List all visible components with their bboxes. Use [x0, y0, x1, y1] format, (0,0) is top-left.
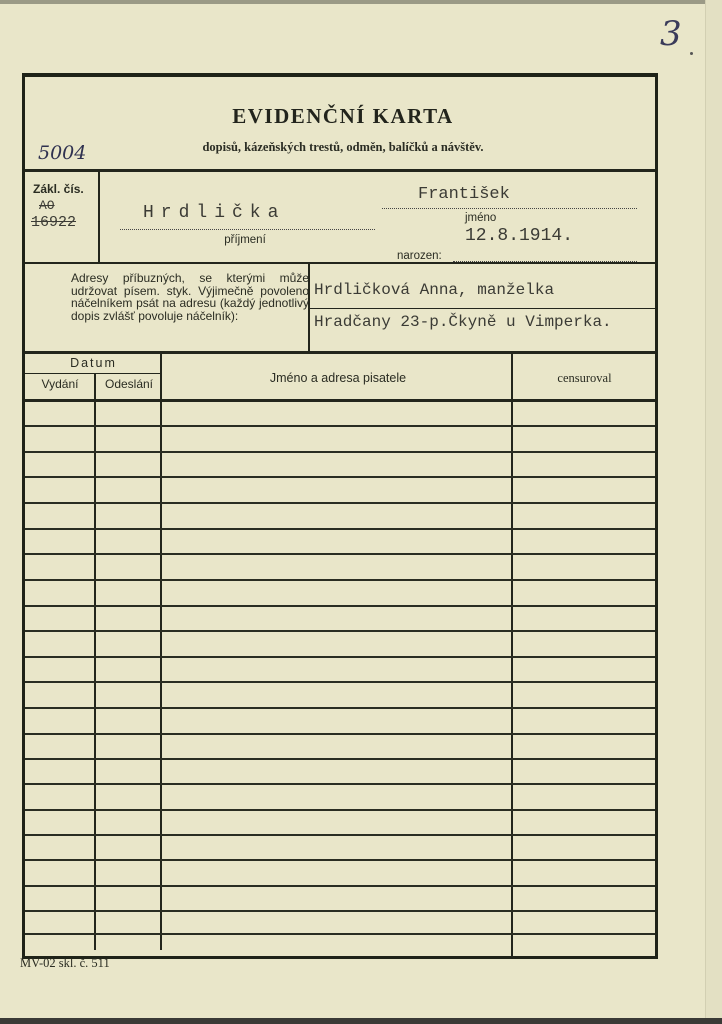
form-code-footer: MV-02 skl. č. 511 [20, 956, 110, 971]
surname-label: příjmení [185, 234, 305, 246]
table-row [25, 553, 655, 555]
relative-name: Hrdličková Anna, manželka [314, 281, 554, 299]
column-divider-3 [511, 353, 513, 957]
table-row [25, 933, 655, 935]
table-row [25, 758, 655, 760]
card-title: EVIDENČNÍ KARTA [25, 104, 661, 129]
relatives-line-separator [310, 308, 655, 309]
header-divider [25, 169, 655, 172]
page-number-dot [690, 52, 693, 55]
column-header-censored: censuroval [514, 371, 655, 386]
relative-address: Hradčany 23-p.Čkyně u Vimperka. [314, 313, 612, 331]
column-divider-1 [94, 374, 96, 950]
table-row [25, 733, 655, 735]
first-name-dotted-line [382, 208, 637, 209]
registration-label: Zákl. čís. [33, 182, 84, 196]
date-group-header: Datum [25, 356, 162, 370]
column-header-sent: Odeslání [96, 377, 162, 391]
name-section-divider [25, 262, 655, 264]
birth-date-value: 12.8.1914. [465, 226, 573, 246]
paper-right-margin [705, 0, 722, 1018]
table-header-divider [25, 399, 655, 402]
registration-prefix: AO [39, 198, 55, 213]
surname-dotted-line [120, 229, 375, 230]
table-row [25, 834, 655, 836]
scan-top-edge [0, 0, 722, 4]
table-row [25, 502, 655, 504]
table-row [25, 681, 655, 683]
relatives-section-divider [25, 351, 655, 354]
column-header-issued: Vydání [25, 377, 95, 391]
table-row [25, 656, 655, 658]
column-header-writer: Jméno a adresa pisatele [164, 371, 512, 385]
table-row [25, 910, 655, 912]
scan-bottom-edge [0, 1018, 722, 1024]
first-name-label: jméno [465, 212, 496, 224]
table-row [25, 476, 655, 478]
handwritten-number: 5004 [38, 142, 86, 164]
table-row [25, 579, 655, 581]
registration-divider [98, 171, 100, 262]
table-row [25, 605, 655, 607]
birth-label: narozen: [397, 250, 442, 262]
table-row [25, 630, 655, 632]
first-name-value: František [418, 185, 510, 204]
table-row [25, 885, 655, 887]
page-number: 3 [660, 14, 682, 54]
registration-number: 16922 [31, 214, 76, 231]
table-row [25, 425, 655, 427]
table-row [25, 859, 655, 861]
evidence-card: EVIDENČNÍ KARTA dopisů, kázeňských trest… [22, 73, 658, 959]
table-row [25, 528, 655, 530]
table-row [25, 783, 655, 785]
surname-value: Hrdlička [143, 203, 285, 223]
relatives-label: Adresy příbuzných, se kterými může udržo… [71, 272, 309, 322]
card-subtitle: dopisů, kázeňských trestů, odměn, balíčk… [25, 140, 661, 155]
table-row [25, 707, 655, 709]
table-row [25, 809, 655, 811]
table-row [25, 451, 655, 453]
